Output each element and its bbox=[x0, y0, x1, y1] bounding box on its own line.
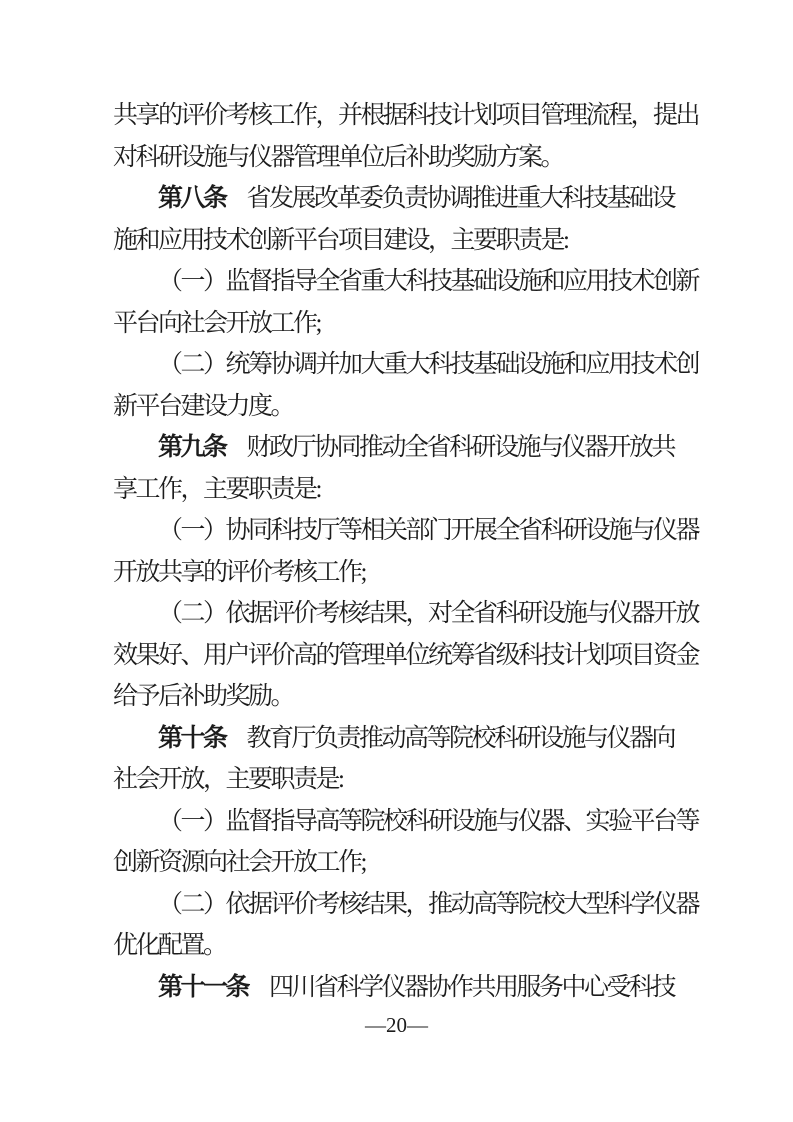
paragraph-line: 效果好、用户评价高的管理单位统筹省级科技计划项目资金 bbox=[113, 635, 705, 677]
article-number-heading: 第十条 bbox=[158, 724, 226, 752]
line-text: 社会开放，主要职责是: bbox=[113, 766, 342, 793]
line-text: （二）统筹协调并加大重大科技基础设施和应用技术创 bbox=[158, 351, 698, 378]
paragraph-line: 第八条省发展改革委负责协调推进重大科技基础设 bbox=[113, 178, 705, 220]
paragraph-line: （一）监督指导高等院校科研设施与仪器、实验平台等 bbox=[113, 801, 705, 843]
line-text: 新平台建设力度。 bbox=[113, 393, 293, 420]
line-text: （一）监督指导高等院校科研设施与仪器、实验平台等 bbox=[158, 808, 698, 835]
paragraph-line: 第十一条四川省科学仪器协作共用服务中心受科技 bbox=[113, 967, 705, 1009]
line-text: 财政厅协同推动全省科研设施与仪器开放共 bbox=[247, 434, 675, 461]
paragraph-line: 创新资源向社会开放工作; bbox=[113, 842, 705, 884]
line-text: 施和应用技术创新平台项目建设，主要职责是: bbox=[113, 227, 567, 254]
line-text: 对科研设施与仪器管理单位后补助奖励方案。 bbox=[113, 144, 563, 171]
line-text: 教育厅负责推动高等院校科研设施与仪器向 bbox=[247, 725, 675, 752]
line-text: 平台向社会开放工作; bbox=[113, 310, 320, 337]
line-text: 效果好、用户评价高的管理单位统筹省级科技计划项目资金 bbox=[113, 642, 698, 669]
document-text-block: 共享的评价考核工作，并根据科技计划项目管理流程，提出 对科研设施与仪器管理单位后… bbox=[113, 95, 705, 1008]
paragraph-line: 第十条教育厅负责推动高等院校科研设施与仪器向 bbox=[113, 718, 705, 760]
paragraph-line: 新平台建设力度。 bbox=[113, 386, 705, 428]
line-text: （一）协同科技厅等相关部门开展全省科研设施与仪器 bbox=[158, 517, 698, 544]
paragraph-line: 享工作，主要职责是: bbox=[113, 469, 705, 511]
article-number-heading: 第十一条 bbox=[158, 973, 248, 1001]
document-page: 共享的评价考核工作，并根据科技计划项目管理流程，提出 对科研设施与仪器管理单位后… bbox=[0, 0, 793, 1122]
line-text: 四川省科学仪器协作共用服务中心受科技 bbox=[269, 974, 674, 1001]
paragraph-line: （二）依据评价考核结果，推动高等院校大型科学仪器 bbox=[113, 884, 705, 926]
line-text: （一）监督指导全省重大科技基础设施和应用技术创新 bbox=[158, 268, 698, 295]
paragraph-line: （二）依据评价考核结果，对全省科研设施与仪器开放 bbox=[113, 593, 705, 635]
article-number-heading: 第九条 bbox=[158, 433, 226, 461]
paragraph-line: （一）协同科技厅等相关部门开展全省科研设施与仪器 bbox=[113, 510, 705, 552]
line-text: 优化配置。 bbox=[113, 932, 226, 959]
paragraph-line: 社会开放，主要职责是: bbox=[113, 759, 705, 801]
paragraph-line: 第九条财政厅协同推动全省科研设施与仪器开放共 bbox=[113, 427, 705, 469]
line-text: 创新资源向社会开放工作; bbox=[113, 849, 365, 876]
line-text: 共享的评价考核工作，并根据科技计划项目管理流程，提出 bbox=[113, 102, 698, 129]
paragraph-line: 优化配置。 bbox=[113, 925, 705, 967]
paragraph-line: 施和应用技术创新平台项目建设，主要职责是: bbox=[113, 220, 705, 262]
paragraph-line: 对科研设施与仪器管理单位后补助奖励方案。 bbox=[113, 137, 705, 179]
paragraph-line: （二）统筹协调并加大重大科技基础设施和应用技术创 bbox=[113, 344, 705, 386]
article-number-heading: 第八条 bbox=[158, 184, 226, 212]
line-text: （二）依据评价考核结果，对全省科研设施与仪器开放 bbox=[158, 600, 698, 627]
line-text: 享工作，主要职责是: bbox=[113, 476, 320, 503]
paragraph-line: 给予后补助奖励。 bbox=[113, 676, 705, 718]
line-text: 给予后补助奖励。 bbox=[113, 683, 293, 710]
paragraph-line: 开放共享的评价考核工作; bbox=[113, 552, 705, 594]
paragraph-line: （一）监督指导全省重大科技基础设施和应用技术创新 bbox=[113, 261, 705, 303]
paragraph-line: 平台向社会开放工作; bbox=[113, 303, 705, 345]
line-text: 开放共享的评价考核工作; bbox=[113, 559, 365, 586]
paragraph-line: 共享的评价考核工作，并根据科技计划项目管理流程，提出 bbox=[113, 95, 705, 137]
page-number: —20— bbox=[0, 1012, 793, 1038]
line-text: （二）依据评价考核结果，推动高等院校大型科学仪器 bbox=[158, 891, 698, 918]
line-text: 省发展改革委负责协调推进重大科技基础设 bbox=[247, 185, 675, 212]
